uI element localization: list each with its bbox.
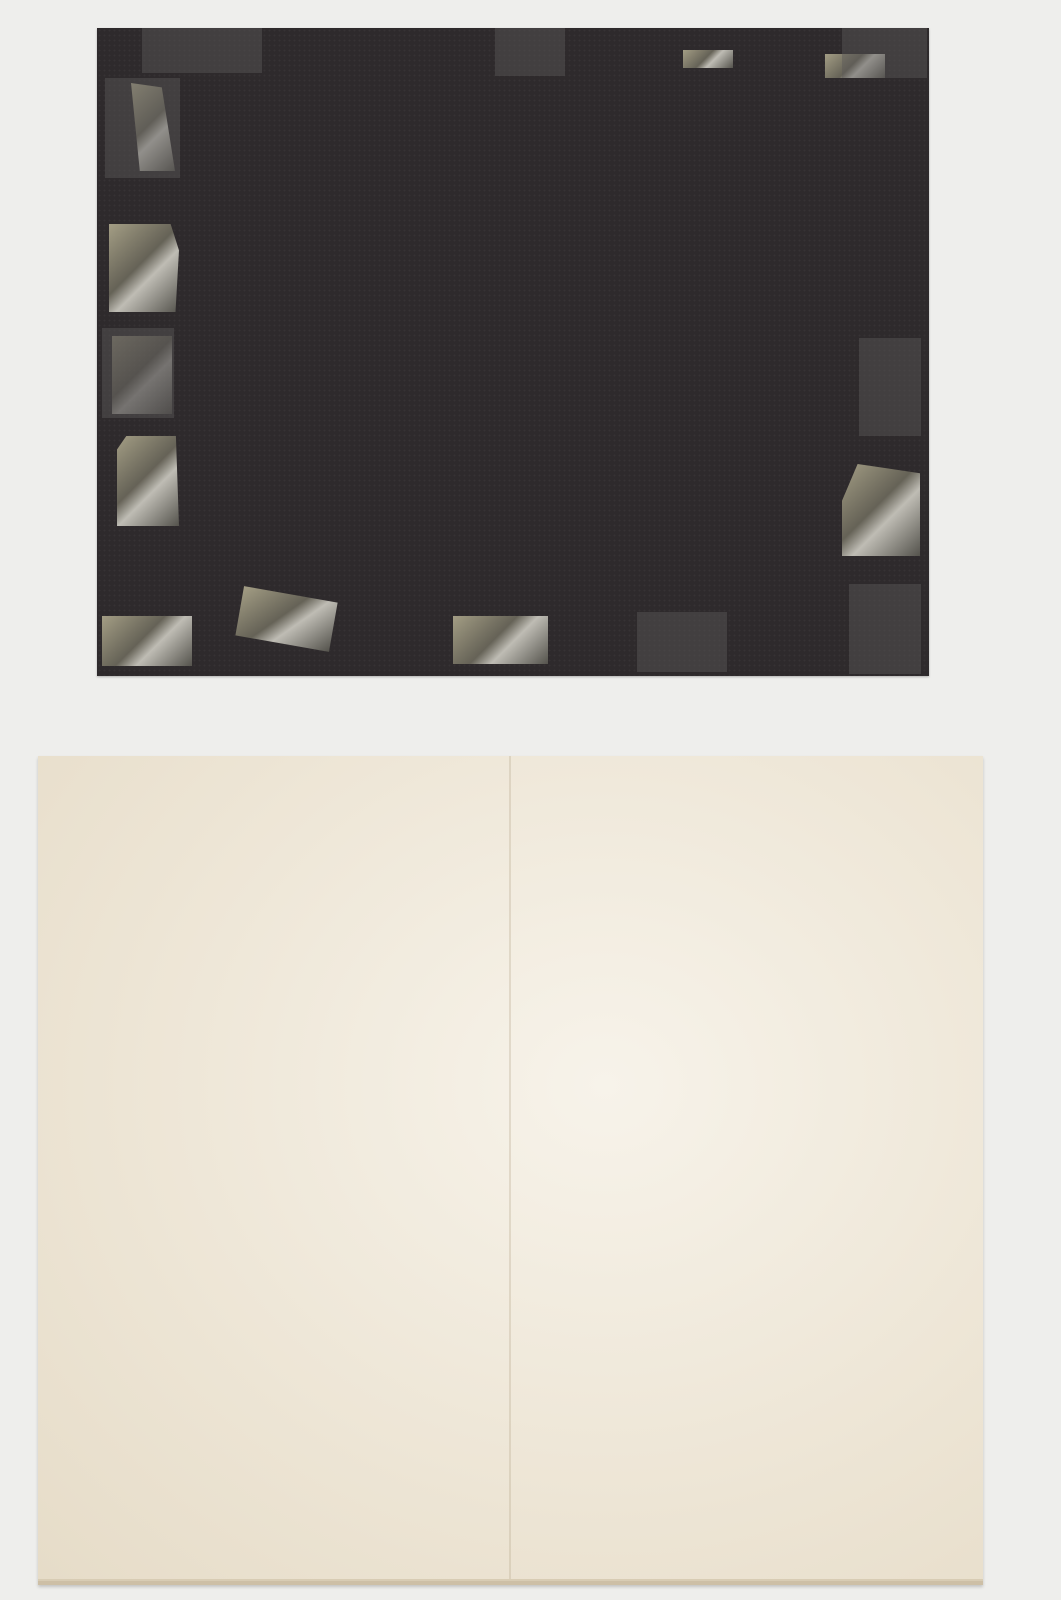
tape-fragment (117, 436, 179, 526)
tape-residue (637, 612, 727, 672)
tape-fragment (453, 616, 548, 664)
tape-fragment (102, 616, 192, 666)
tape-residue (142, 28, 262, 73)
black-paper-sheet (97, 28, 929, 676)
center-fold (509, 756, 511, 1579)
tape-fragment (235, 586, 337, 652)
tape-fragment (109, 224, 179, 312)
tape-fragment (842, 464, 920, 556)
tape-residue (842, 28, 927, 78)
tape-residue (859, 338, 921, 436)
cream-paper-folder (38, 756, 983, 1585)
tape-residue (102, 328, 174, 418)
tape-residue (105, 78, 180, 178)
tape-fragment (683, 50, 733, 68)
tape-residue (849, 584, 921, 674)
tape-residue (495, 28, 565, 76)
page-edges (38, 1581, 983, 1585)
